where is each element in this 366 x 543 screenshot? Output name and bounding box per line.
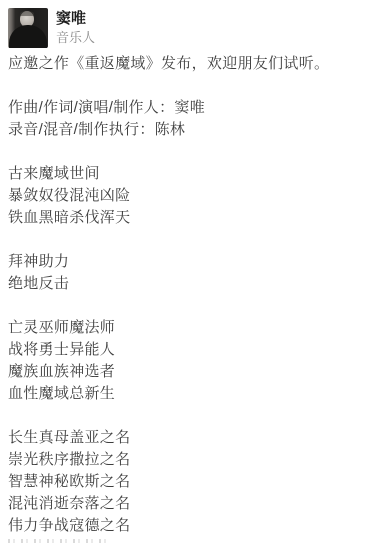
- lyric-line: 混沌消逝奈落之名: [8, 493, 358, 515]
- lyric-line: 暴敛奴役混沌凶险: [8, 185, 358, 207]
- blank-line: [8, 75, 358, 97]
- lyric-line: 战将勇士异能人: [8, 339, 358, 361]
- lyric-line: 长生真母盖亚之名: [8, 427, 358, 449]
- lyric-line: 绝地反击: [8, 273, 358, 295]
- lyric-line: 铁血黑暗杀伐浑天: [8, 207, 358, 229]
- blank-line: [8, 229, 358, 251]
- blank-line: [8, 141, 358, 163]
- blank-line: [8, 405, 358, 427]
- profile-subtitle: 音乐人: [56, 29, 95, 46]
- lyric-line: 智慧神秘欧斯之名: [8, 471, 358, 493]
- lyric-line: 拜神助力: [8, 251, 358, 273]
- lyric-line: 崇光秩序撒拉之名: [8, 449, 358, 471]
- lyric-line: 亡灵巫师魔法师: [8, 317, 358, 339]
- clipped-text-line: [8, 539, 112, 543]
- lyric-line: 古来魔域世间: [8, 163, 358, 185]
- lyric-line: 魔族血族神选者: [8, 361, 358, 383]
- post-header: 窦唯 音乐人: [0, 0, 366, 52]
- post-intro-line: 应邀之作《重返魔域》发布，欢迎朋友们试听。: [8, 53, 358, 75]
- profile-name[interactable]: 窦唯: [56, 9, 86, 28]
- avatar-portrait-shoulders: [9, 25, 47, 48]
- post-card: 窦唯 音乐人 应邀之作《重返魔域》发布，欢迎朋友们试听。 作曲/作词/演唱/制作…: [0, 0, 366, 543]
- post-body: 应邀之作《重返魔域》发布，欢迎朋友们试听。 作曲/作词/演唱/制作人：窦唯 录音…: [8, 53, 358, 537]
- credits-line: 作曲/作词/演唱/制作人：窦唯: [8, 97, 358, 119]
- credits-line: 录音/混音/制作执行：陈林: [8, 119, 358, 141]
- lyric-line: 伟力争战寇德之名: [8, 515, 358, 537]
- blank-line: [8, 295, 358, 317]
- lyric-line: 血性魔域总新生: [8, 383, 358, 405]
- avatar[interactable]: [8, 8, 48, 48]
